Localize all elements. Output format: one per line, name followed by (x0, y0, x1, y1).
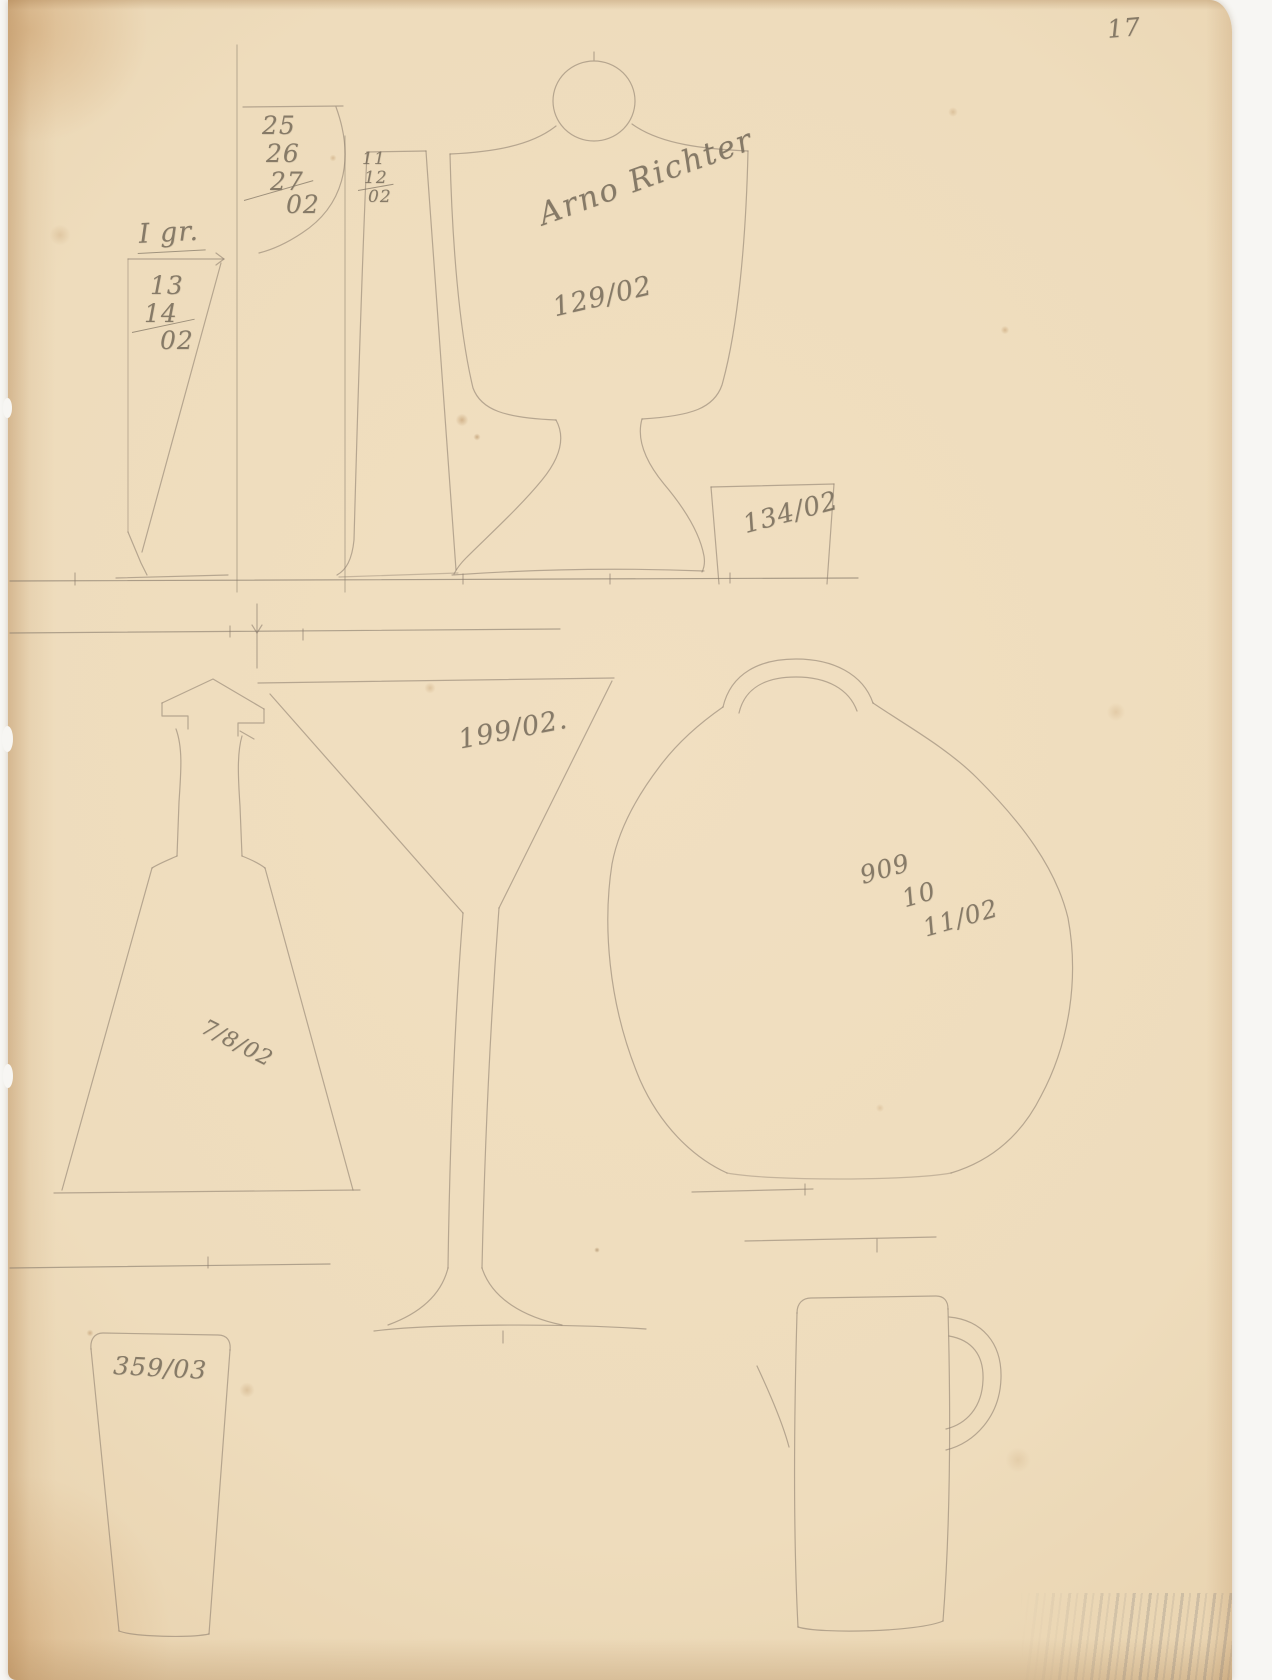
sketch-profile-11-12 (337, 151, 458, 577)
annotation-stack-13-14: 13 14 02 (142, 272, 196, 355)
pencil-stroke (452, 569, 704, 575)
annotation-text: 11 (362, 150, 394, 169)
pencil-stroke (692, 1189, 813, 1192)
sketch-large-vase-909 (608, 659, 1073, 1179)
pencil-stroke (54, 1190, 360, 1193)
annotation-text: 02 (160, 327, 196, 355)
pencil-stroke (337, 152, 367, 575)
pencil-stroke (243, 106, 343, 107)
pencil-stroke (176, 729, 181, 856)
pencil-stroke (482, 908, 499, 1268)
sketch-middle-guideline (10, 604, 560, 668)
annotation-text: I gr. (136, 215, 206, 254)
annotation-stack-11-12: 11 12 02 (358, 150, 394, 207)
annotation-text: 02 (368, 188, 394, 207)
pencil-stroke (91, 1349, 119, 1631)
pencil-stroke (553, 61, 635, 141)
pencil-stroke (454, 420, 561, 574)
pencil-stroke (62, 868, 152, 1190)
pencil-stroke (209, 1350, 230, 1634)
pencil-stroke (152, 856, 177, 868)
sketch-top-baseline (10, 573, 858, 585)
annotation-text: 13 (150, 272, 196, 300)
pencil-stroke (608, 707, 727, 1173)
pencil-stroke (757, 1366, 789, 1447)
scanned-sketchbook-page: 17 I gr. 13 14 02 25 26 27 02 11 12 02 A… (0, 0, 1272, 1680)
pencil-stroke (727, 1173, 951, 1179)
pencil-stroke (91, 1333, 230, 1350)
pencil-stroke (450, 154, 556, 420)
pencil-stroke (946, 1336, 983, 1429)
pencil-stroke (116, 575, 228, 578)
pencil-stroke (162, 703, 188, 729)
page-number: 17 (1106, 13, 1142, 44)
sketch-stoppered-decanter-78 (54, 679, 360, 1193)
pencil-stroke (270, 694, 463, 913)
pencil-stroke (162, 679, 264, 709)
pencil-stroke (238, 736, 242, 856)
pencil-stroke (798, 1621, 943, 1631)
pencil-stroke (797, 1296, 948, 1313)
sketch-conical-goblet-199 (258, 678, 789, 1447)
pencil-stroke (426, 151, 456, 570)
annotation-group-label: I gr. (136, 216, 206, 250)
pencil-stroke (739, 677, 857, 713)
annotation-text: 02 (286, 191, 320, 219)
pencil-stroke (388, 1268, 448, 1325)
sketch-bottom-guidelines (10, 1184, 936, 1268)
pencil-stroke (242, 856, 265, 868)
pencil-stroke (374, 1325, 646, 1331)
pencil-stroke (640, 419, 704, 572)
pencil-stroke (943, 1309, 950, 1621)
sketch-mug-with-handle (795, 1296, 1002, 1631)
pencil-stroke (450, 126, 556, 154)
pencil-stroke (258, 678, 614, 683)
pencil-stroke (119, 1631, 209, 1636)
annotation-text: 25 (262, 112, 320, 140)
pencil-stroke (795, 1313, 799, 1627)
pencil-stroke (711, 484, 834, 487)
pencil-stroke (10, 1264, 330, 1268)
pencil-stroke (339, 573, 458, 577)
annotation-text: 26 (266, 140, 320, 168)
pencil-stroke (265, 868, 353, 1190)
pencil-sketch-layer (0, 0, 1272, 1680)
pencil-stroke (745, 1237, 936, 1241)
annotation-number-359: 359/03 (113, 1352, 208, 1385)
pencil-stroke (10, 578, 858, 581)
pencil-stroke (482, 1268, 562, 1325)
pencil-stroke (448, 913, 463, 1268)
pencil-stroke (128, 532, 147, 575)
annotation-stack-25-26-27: 25 26 27 02 (256, 112, 320, 219)
pencil-stroke (10, 629, 560, 633)
pencil-stroke (711, 487, 719, 584)
